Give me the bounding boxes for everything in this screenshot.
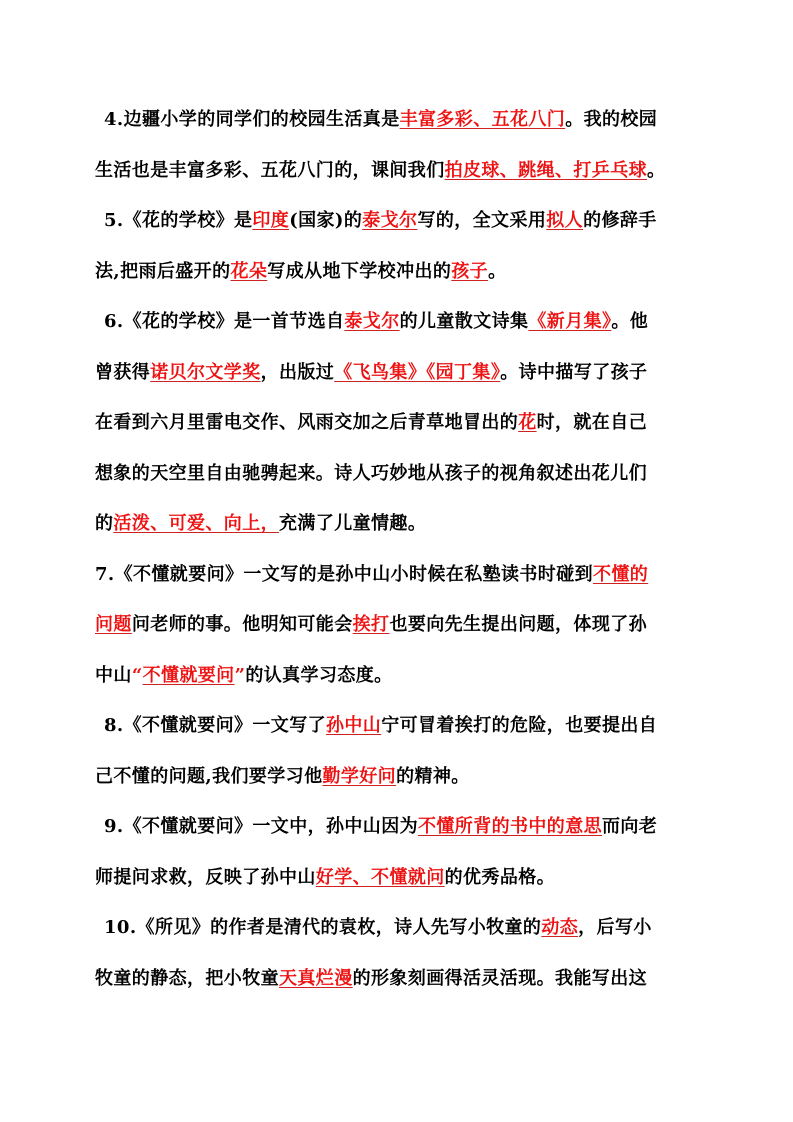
paragraph-item-5: 5.《花的学校》是印度(国家)的泰戈尔写的，全文采用拟人的修辞手法,把雨后盛开的… [95, 205, 699, 306]
body-text: 时，就在自己 [537, 412, 647, 433]
body-text: 。我的校园 [565, 109, 657, 130]
body-text: 10.《所见》的作者是清代的袁枚，诗人先写小牧童的 [104, 917, 541, 938]
body-text: 宁可冒着挨打的危险，也要提出自 [381, 715, 657, 736]
body-text: ，后写小 [578, 917, 652, 938]
document-page: 4.边疆小学的同学们的校园生活真是丰富多彩、五花八门。我的校园生活也是丰富多彩、… [95, 104, 699, 1013]
body-text: 4.边疆小学的同学们的校园生活真是 [104, 109, 400, 130]
body-text: 。诗中描写了孩子 [500, 362, 647, 383]
answer-highlight: 天真烂漫 [279, 968, 353, 989]
body-text: 法,把雨后盛开的 [95, 261, 230, 282]
text-line: 在看到六月里雷电交作、风雨交加之后青草地冒出的花时，就在自己 [95, 407, 699, 458]
body-text: 己不懂的问题,我们要学习他 [95, 766, 322, 787]
body-text: 的优秀品格。 [445, 867, 555, 888]
body-text: 6.《花的学校》是一首节选自 [104, 311, 344, 332]
answer-highlight: 泰戈尔 [362, 210, 417, 231]
text-line: 想象的天空里自由驰骋起来。诗人巧妙地从孩子的视角叙述出花儿们 [95, 458, 699, 509]
answer-highlight: 印度 [252, 210, 289, 231]
body-text: 曾获得 [95, 362, 150, 383]
text-line: 9.《不懂就要问》一文中，孙中山因为不懂所背的书中的意思而向老 [95, 811, 699, 862]
answer-highlight: 《飞鸟集》《园丁集》 [334, 362, 500, 383]
body-text: 9.《不懂就要问》一文中，孙中山因为 [104, 816, 418, 837]
body-text: 写成从地下学校冲出的 [267, 261, 451, 282]
text-line: 5.《花的学校》是印度(国家)的泰戈尔写的，全文采用拟人的修辞手 [95, 205, 699, 256]
answer-highlight: 动态 [541, 917, 578, 938]
body-text: 5.《花的学校》是 [104, 210, 252, 231]
text-line: 问题问老师的事。他明知可能会挨打也要向先生提出问题，体现了孙 [95, 609, 699, 660]
answer-highlight: 不懂的 [593, 564, 648, 585]
answer-highlight: 好学、不懂就问 [316, 867, 445, 888]
body-text: 也要向先生提出问题，体现了孙 [389, 614, 647, 635]
body-text: 的精神。 [396, 766, 470, 787]
body-text: 而向老 [602, 816, 657, 837]
answer-highlight: 拟人 [546, 210, 583, 231]
body-text: (国家)的 [289, 210, 362, 231]
body-text: 。 [488, 261, 506, 282]
paragraph-item-9: 9.《不懂就要问》一文中，孙中山因为不懂所背的书中的意思而向老师提问求救，反映了… [95, 811, 699, 912]
body-text: 的 [95, 513, 113, 534]
text-line: 6.《花的学校》是一首节选自泰戈尔的儿童散文诗集《新月集》。他 [95, 306, 699, 357]
quote-mark: ” [235, 665, 246, 686]
paragraph-item-7: 7.《不懂就要问》一文写的是孙中山小时候在私塾读书时碰到不懂的问题问老师的事。他… [95, 559, 699, 711]
quote-mark: “ [132, 665, 143, 686]
body-text: 。他 [611, 311, 648, 332]
answer-highlight: 不懂就要问 [143, 665, 235, 686]
answer-highlight: 诺贝尔文学奖 [150, 362, 260, 383]
body-text: 的儿童散文诗集 [400, 311, 529, 332]
answer-highlight: 拍皮球、跳绳、打乒乓球 [445, 160, 647, 181]
text-line: 法,把雨后盛开的花朵写成从地下学校冲出的孩子。 [95, 256, 699, 307]
text-line: 10.《所见》的作者是清代的袁枚，诗人先写小牧童的动态，后写小 [95, 912, 699, 963]
answer-highlight: 泰戈尔 [344, 311, 399, 332]
body-text: 中山 [95, 665, 132, 686]
text-line: 牧童的静态，把小牧童天真烂漫的形象刻画得活灵活现。我能写出这 [95, 963, 699, 1014]
body-text: 充满了儿童情趣。 [279, 513, 426, 534]
answer-highlight: 活泼、可爱、向上， [113, 513, 279, 534]
paragraph-item-6: 6.《花的学校》是一首节选自泰戈尔的儿童散文诗集《新月集》。他曾获得诺贝尔文学奖… [95, 306, 699, 559]
body-text: 师提问求救，反映了孙中山 [95, 867, 316, 888]
answer-highlight: 勤学好问 [322, 766, 396, 787]
text-line: 己不懂的问题,我们要学习他勤学好问的精神。 [95, 761, 699, 812]
text-line: 4.边疆小学的同学们的校园生活真是丰富多彩、五花八门。我的校园 [95, 104, 699, 155]
text-line: 曾获得诺贝尔文学奖，出版过《飞鸟集》《园丁集》。诗中描写了孩子 [95, 357, 699, 408]
answer-highlight: 花朵 [230, 261, 267, 282]
body-text: 写的，全文采用 [417, 210, 546, 231]
text-line: 中山“不懂就要问”的认真学习态度。 [95, 660, 699, 711]
body-text: 。 [647, 160, 665, 181]
text-line: 8.《不懂就要问》一文写了孙中山宁可冒着挨打的危险，也要提出自 [95, 710, 699, 761]
answer-highlight: 花 [518, 412, 536, 433]
body-text: 生活也是丰富多彩、五花八门的，课间我们 [95, 160, 445, 181]
paragraph-item-4: 4.边疆小学的同学们的校园生活真是丰富多彩、五花八门。我的校园生活也是丰富多彩、… [95, 104, 699, 205]
answer-highlight: 问题 [95, 614, 132, 635]
text-line: 生活也是丰富多彩、五花八门的，课间我们拍皮球、跳绳、打乒乓球。 [95, 155, 699, 206]
answer-highlight: 不懂所背的书中的意思 [418, 816, 602, 837]
answer-highlight: 孙中山 [326, 715, 381, 736]
body-text: 的认真学习态度。 [245, 665, 392, 686]
body-text: 的形象刻画得活灵活现。我能写出这 [353, 968, 647, 989]
text-line: 7.《不懂就要问》一文写的是孙中山小时候在私塾读书时碰到不懂的 [95, 559, 699, 610]
answer-highlight: 孩子 [451, 261, 488, 282]
text-line: 的活泼、可爱、向上，充满了儿童情趣。 [95, 508, 699, 559]
body-text: 问老师的事。他明知可能会 [132, 614, 353, 635]
paragraph-item-10: 10.《所见》的作者是清代的袁枚，诗人先写小牧童的动态，后写小牧童的静态，把小牧… [95, 912, 699, 1013]
answer-highlight: 挨打 [353, 614, 390, 635]
body-text: 7.《不懂就要问》一文写的是孙中山小时候在私塾读书时碰到 [95, 564, 593, 585]
body-text: 想象的天空里自由驰骋起来。诗人巧妙地从孩子的视角叙述出花儿们 [95, 463, 647, 484]
answer-highlight: 丰富多彩、五花八门 [400, 109, 566, 130]
body-text: 牧童的静态，把小牧童 [95, 968, 279, 989]
paragraph-item-8: 8.《不懂就要问》一文写了孙中山宁可冒着挨打的危险，也要提出自己不懂的问题,我们… [95, 710, 699, 811]
text-line: 师提问求救，反映了孙中山好学、不懂就问的优秀品格。 [95, 862, 699, 913]
body-text: 8.《不懂就要问》一文写了 [104, 715, 326, 736]
body-text: 的修辞手 [583, 210, 657, 231]
body-text: ，出版过 [261, 362, 335, 383]
body-text: 在看到六月里雷电交作、风雨交加之后青草地冒出的 [95, 412, 518, 433]
answer-highlight: 《新月集》 [528, 311, 611, 332]
